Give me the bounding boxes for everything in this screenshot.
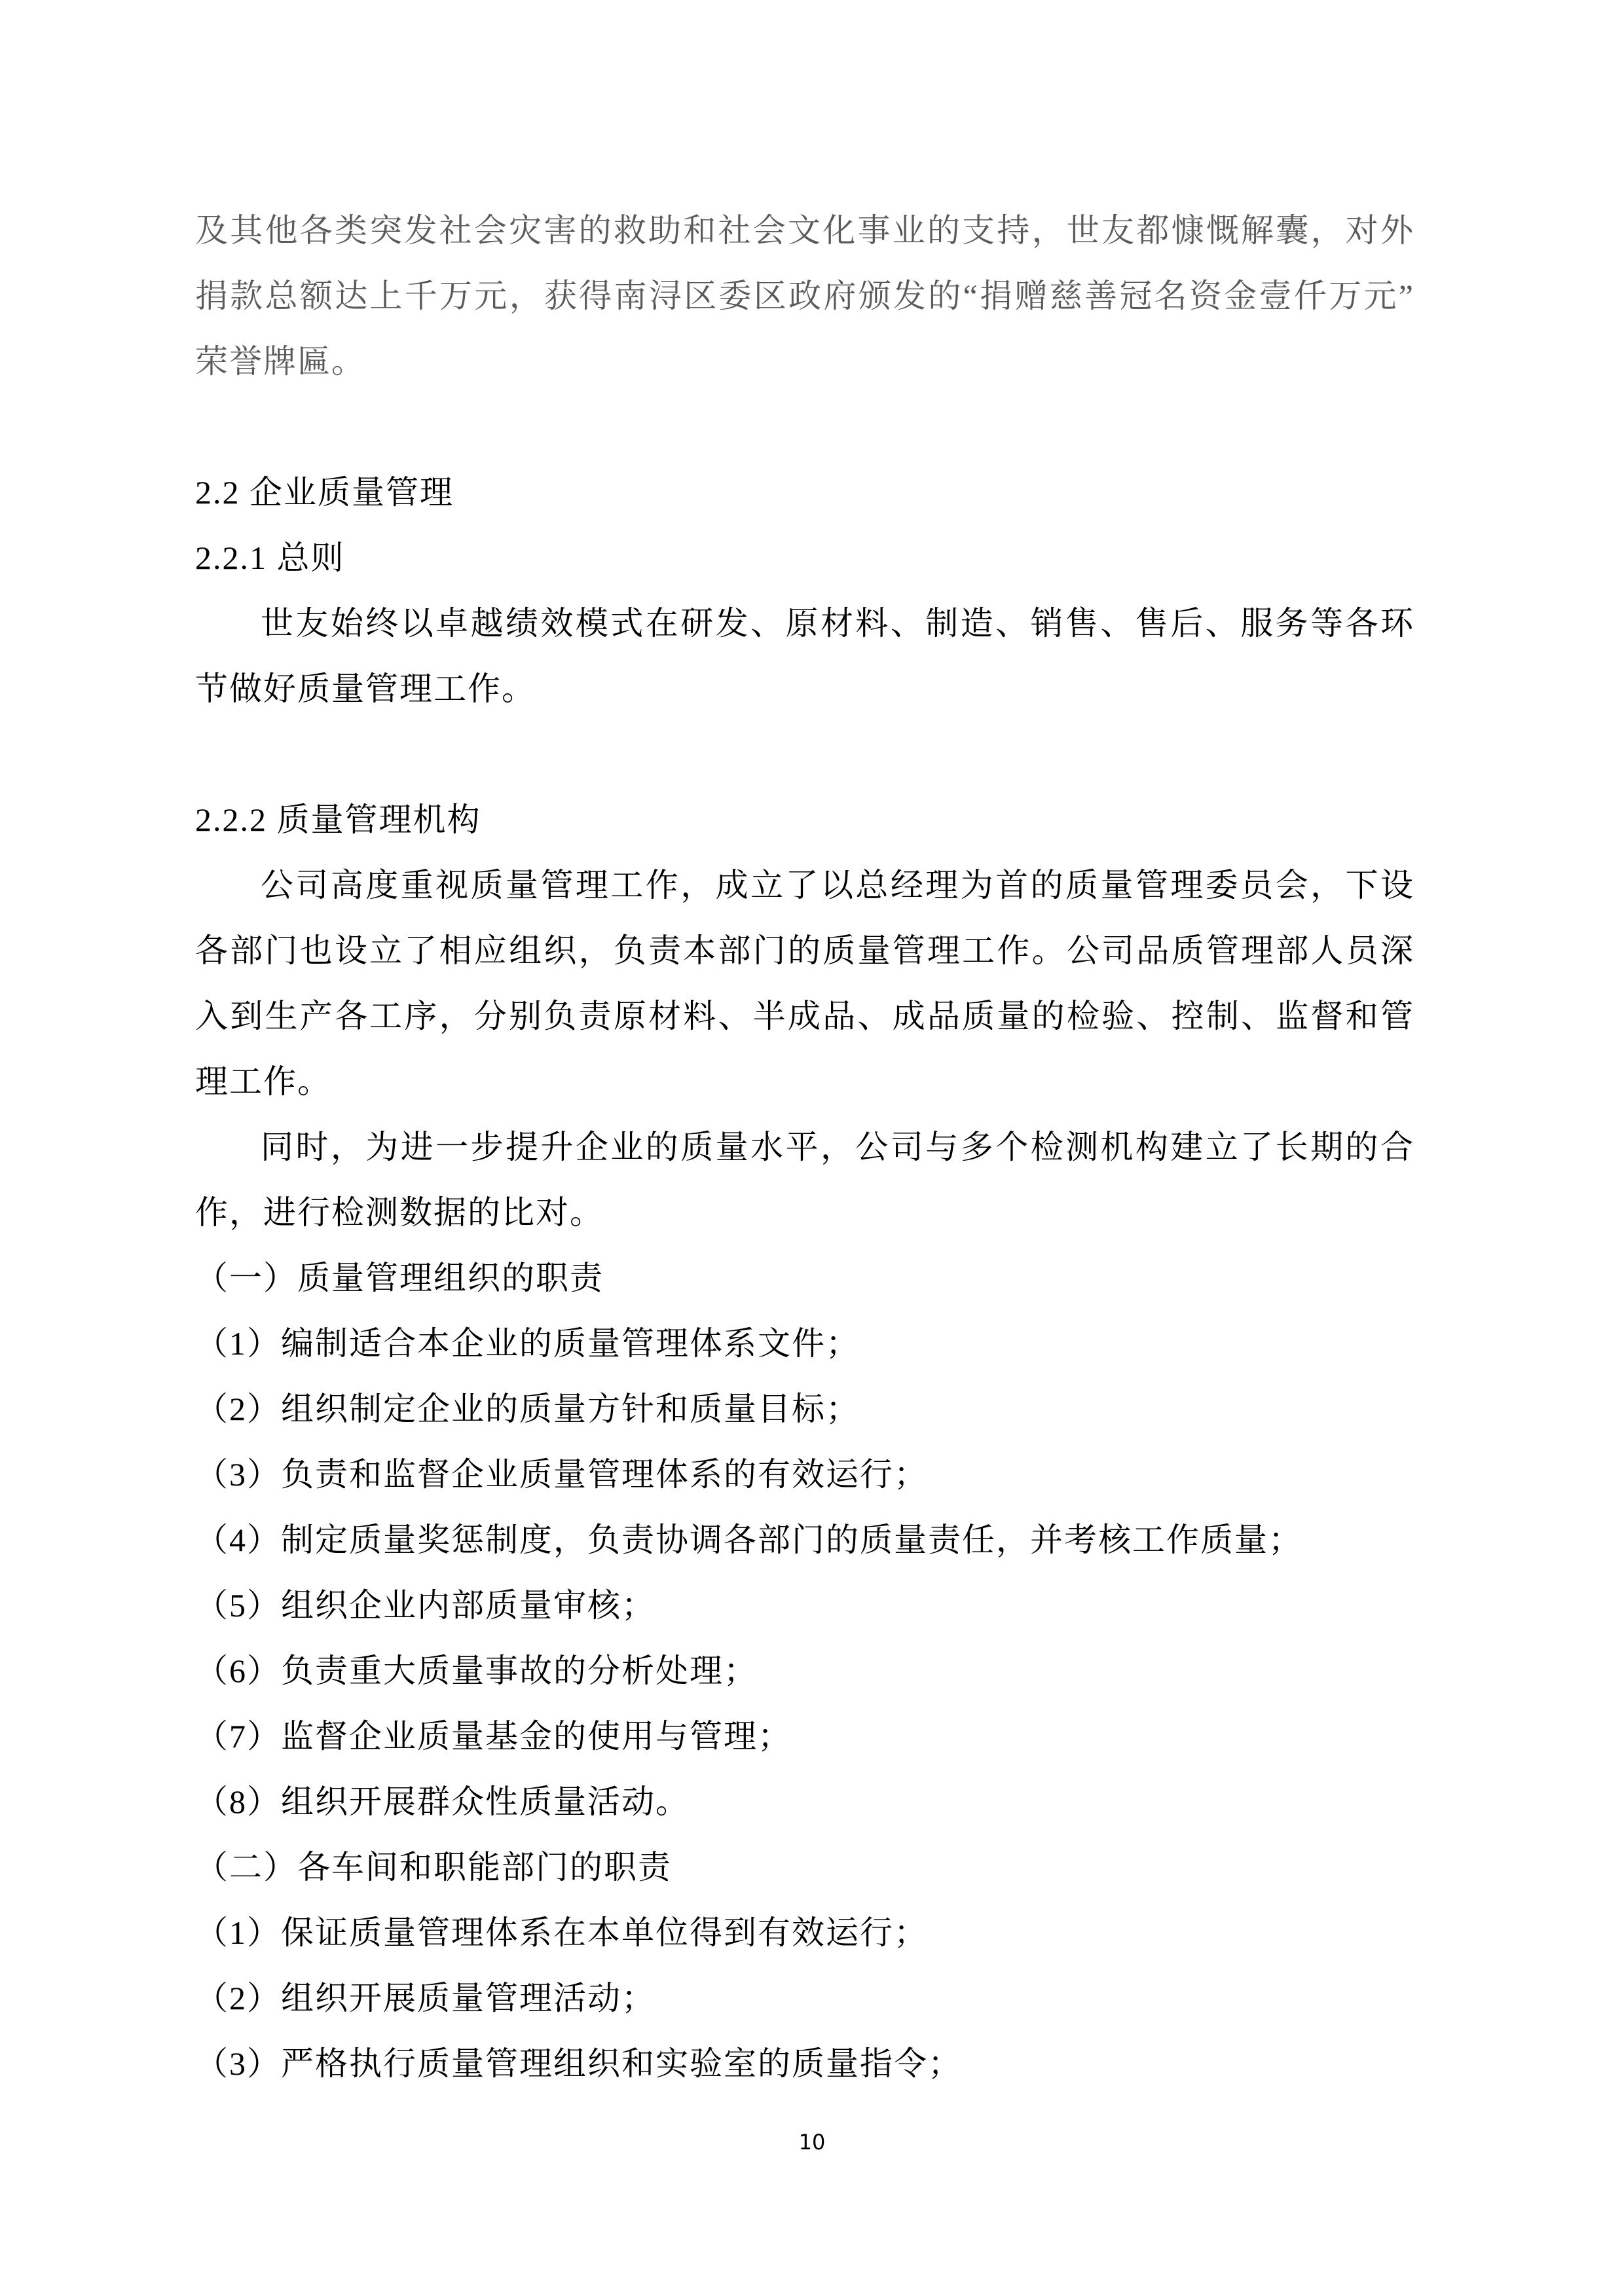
list-item: （6）负责重大质量事故的分析处理；	[195, 1638, 1414, 1704]
list-item: （1）保证质量管理体系在本单位得到有效运行；	[195, 1900, 1414, 1965]
list-item: （2）组织制定企业的质量方针和质量目标；	[195, 1376, 1414, 1442]
list-header-responsibilities-org: （一）质量管理组织的职责	[195, 1245, 1414, 1311]
list-header-responsibilities-departments: （二）各车间和职能部门的职责	[195, 1834, 1414, 1900]
paragraph-testing-cooperation: 同时，为进一步提升企业的质量水平，公司与多个检测机构建立了长期的合作，进行检测数…	[195, 1114, 1414, 1245]
list-item: （1）编制适合本企业的质量管理体系文件；	[195, 1311, 1414, 1376]
document-page: 及其他各类突发社会灾害的救助和社会文化事业的支持，世友都慷慨解囊，对外捐款总额达…	[0, 0, 1624, 2296]
list-item: （5）组织企业内部质量审核；	[195, 1573, 1414, 1638]
list-item: （4）制定质量奖惩制度，负责协调各部门的质量责任，并考核工作质量；	[195, 1507, 1414, 1573]
heading-2-2-2: 2.2.2 质量管理机构	[195, 787, 1414, 852]
paragraph-donation-continued: 及其他各类突发社会灾害的救助和社会文化事业的支持，世友都慷慨解囊，对外捐款总额达…	[195, 198, 1414, 394]
paragraph-quality-org: 公司高度重视质量管理工作，成立了以总经理为首的质量管理委员会，下设各部门也设立了…	[195, 852, 1414, 1114]
list-item: （3）严格执行质量管理组织和实验室的质量指令；	[195, 2031, 1414, 2096]
page-number: 10	[0, 2129, 1624, 2155]
document-content: 及其他各类突发社会灾害的救助和社会文化事业的支持，世友都慷慨解囊，对外捐款总额达…	[0, 0, 1624, 2096]
list-item: （2）组织开展质量管理活动；	[195, 1965, 1414, 2031]
list-item: （8）组织开展群众性质量活动。	[195, 1769, 1414, 1834]
heading-2-2-1: 2.2.1 总则	[195, 525, 1414, 591]
heading-2-2: 2.2 企业质量管理	[195, 460, 1414, 525]
list-item: （7）监督企业质量基金的使用与管理；	[195, 1704, 1414, 1769]
paragraph-general-principles: 世友始终以卓越绩效模式在研发、原材料、制造、销售、售后、服务等各环节做好质量管理…	[195, 591, 1414, 721]
list-item: （3）负责和监督企业质量管理体系的有效运行；	[195, 1442, 1414, 1507]
